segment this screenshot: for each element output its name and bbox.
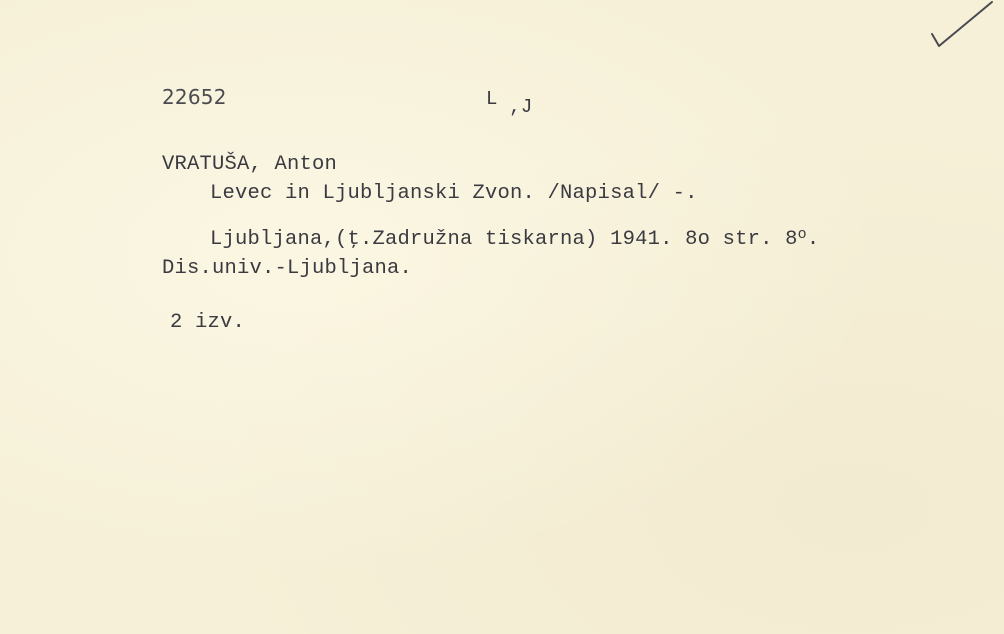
- catalog-card: 22652 L ,J VRATUŠA, Anton Levec in Ljubl…: [0, 0, 1004, 634]
- classification-suffix: ,J: [509, 96, 532, 118]
- checkmark-icon: [926, 0, 996, 55]
- accession-number: 22652: [162, 87, 227, 107]
- dissertation-note: Dis.univ.-Ljubljana.: [162, 259, 412, 280]
- imprint-text: Ljubljana,(ţ.Zadružna tiskarna) 1941. 8o…: [210, 228, 798, 251]
- format-superscript: o: [798, 226, 807, 243]
- imprint-line: Ljubljana,(ţ.Zadružna tiskarna) 1941. 8o…: [210, 230, 819, 251]
- imprint-trailing: .: [807, 228, 820, 251]
- classification-letter: L: [486, 88, 498, 110]
- classification-code: L ,J: [486, 90, 532, 109]
- title-statement: Levec in Ljubljanski Zvon. /Napisal/ -.: [210, 184, 698, 205]
- copies-count: 2 izv.: [170, 313, 245, 334]
- author-heading: VRATUŠA, Anton: [162, 155, 337, 176]
